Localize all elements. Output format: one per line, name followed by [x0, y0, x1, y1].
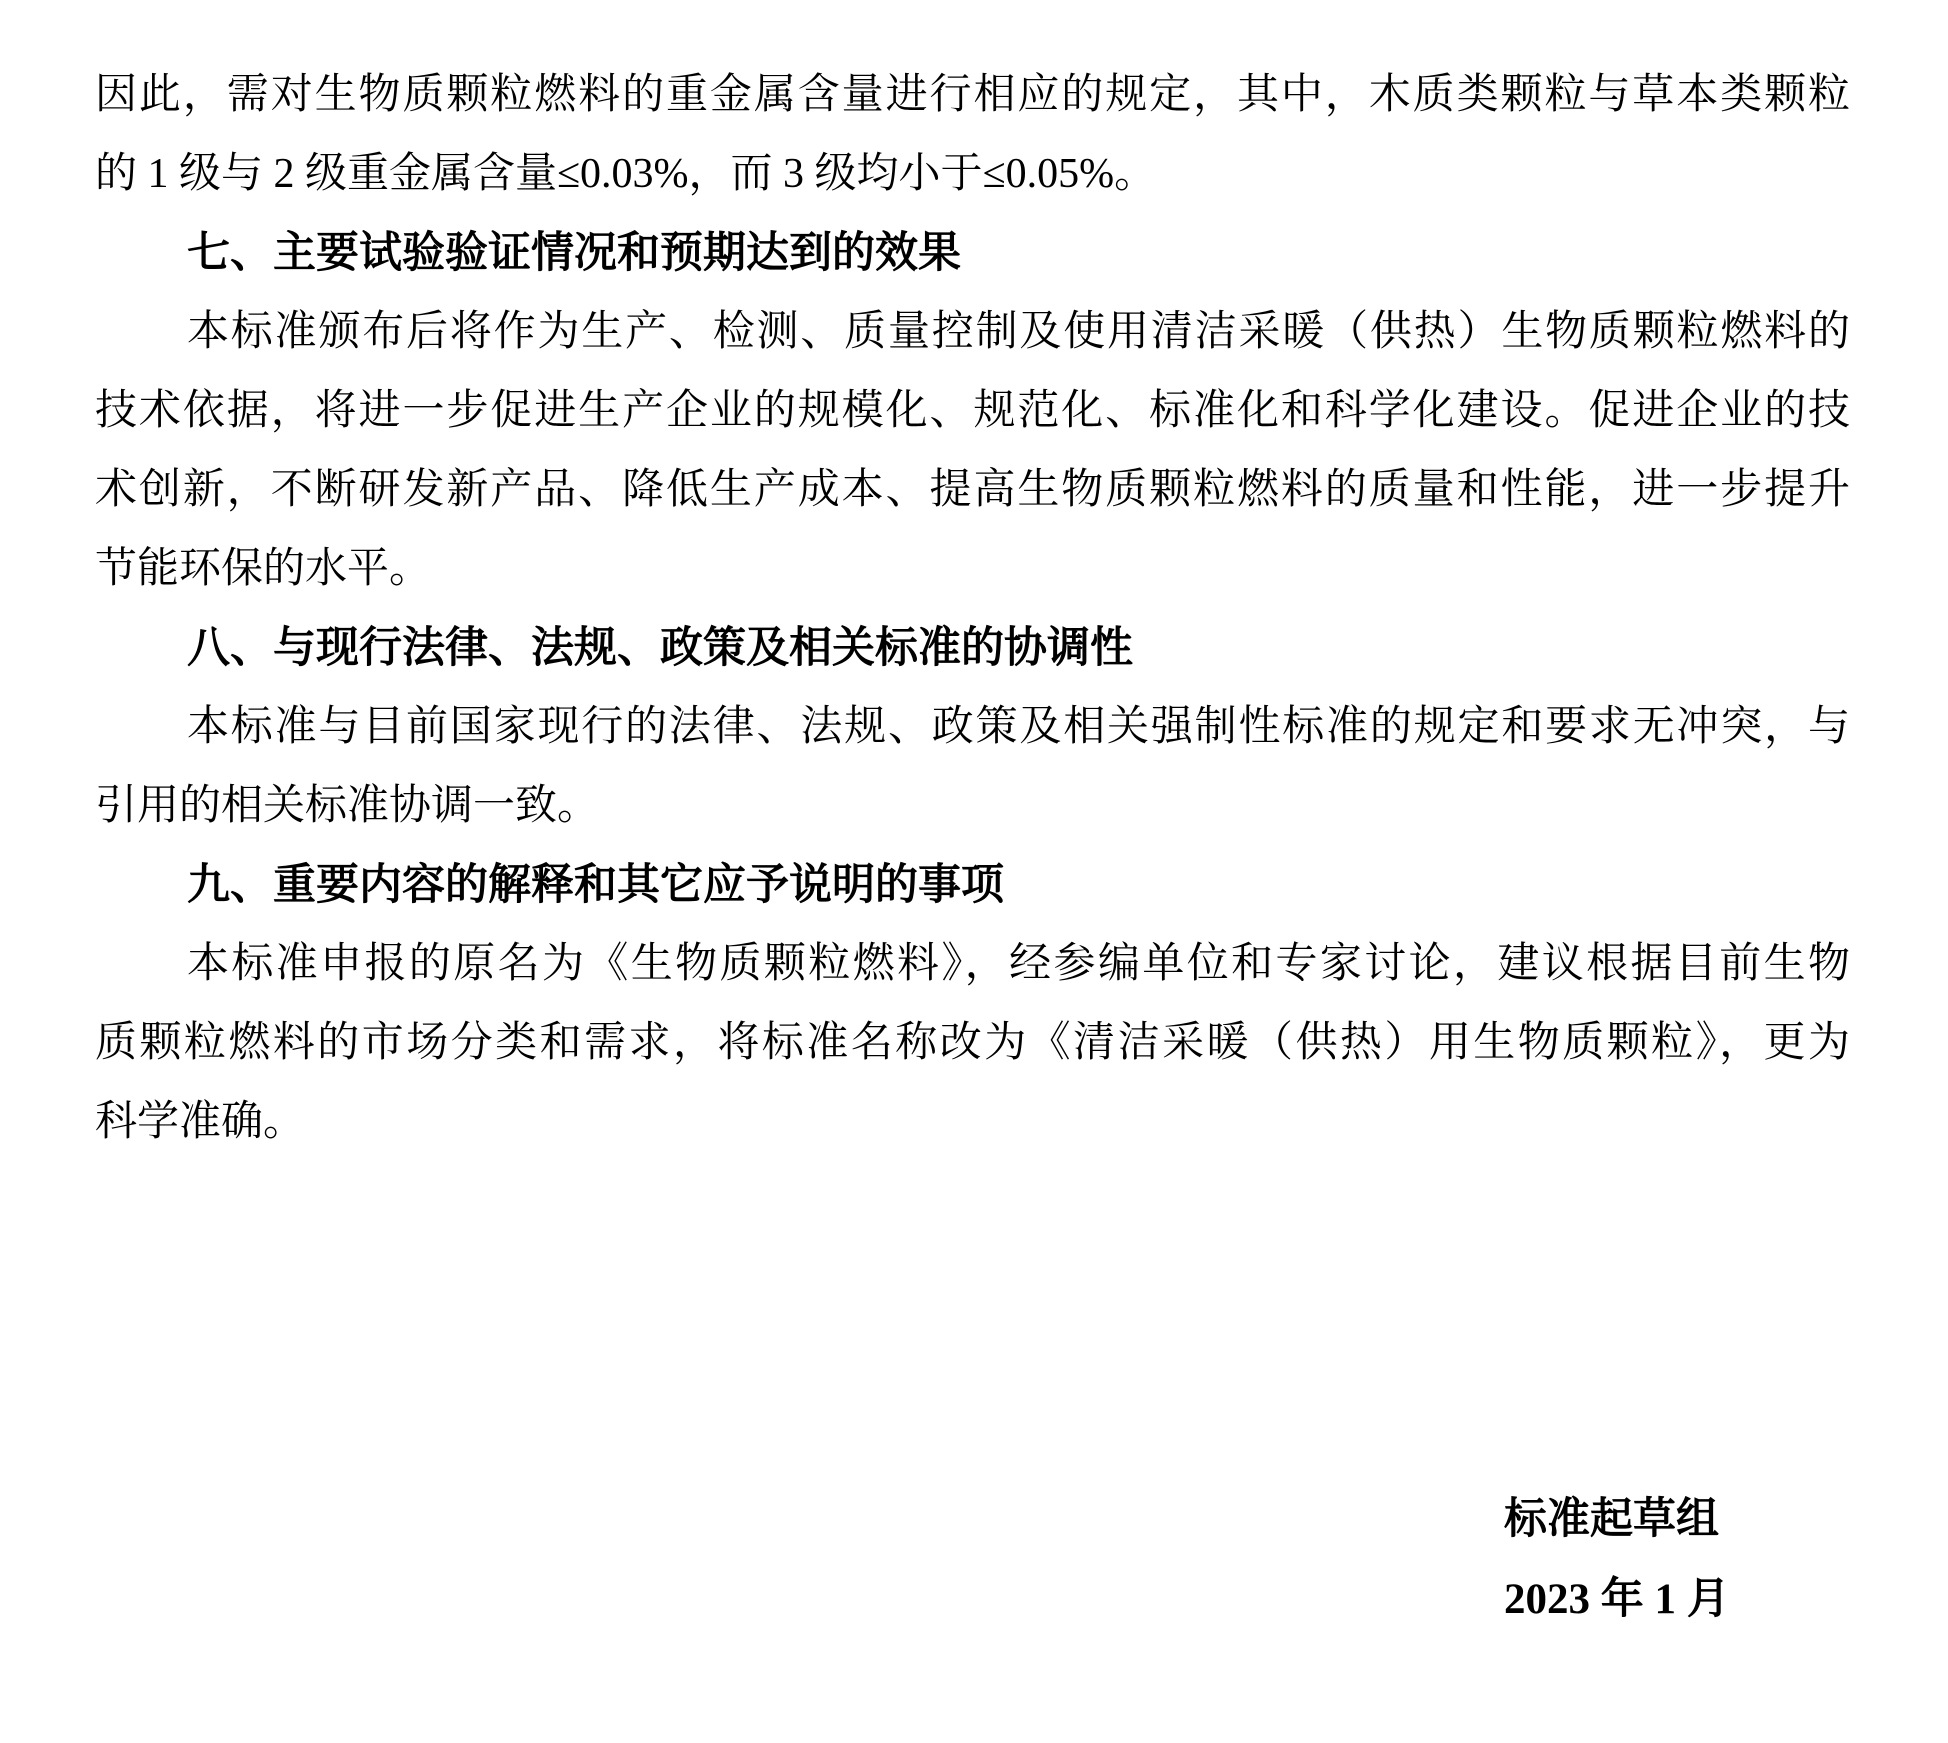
text-line: 引用的相关标准协调一致。 [95, 767, 1850, 846]
text-line: 本标准申报的原名为《生物质颗粒燃料》，经参编单位和专家讨论，建议根据目前生物 [95, 925, 1850, 1004]
text-line: 科学准确。 [95, 1083, 1850, 1162]
section-heading: 八、与现行法律、法规、政策及相关标准的协调性 [95, 609, 1850, 688]
signature-block: 标准起草组 2023 年 1 月 [1504, 1480, 1730, 1640]
section-heading: 九、重要内容的解释和其它应予说明的事项 [95, 846, 1850, 925]
text-line: 技术依据，将进一步促进生产企业的规模化、规范化、标准化和科学化建设。促进企业的技 [95, 372, 1850, 451]
text-line: 本标准颁布后将作为生产、检测、质量控制及使用清洁采暖（供热）生物质颗粒燃料的 [95, 293, 1850, 372]
text-line: 的 1 级与 2 级重金属含量≤0.03%，而 3 级均小于≤0.05%。 [95, 135, 1850, 214]
text-line: 本标准与目前国家现行的法律、法规、政策及相关强制性标准的规定和要求无冲突，与 [95, 688, 1850, 767]
text-line: 节能环保的水平。 [95, 530, 1850, 609]
section-heading: 七、主要试验验证情况和预期达到的效果 [95, 214, 1850, 293]
signature-author: 标准起草组 [1504, 1480, 1730, 1560]
signature-date: 2023 年 1 月 [1504, 1560, 1730, 1640]
text-line: 术创新，不断研发新产品、降低生产成本、提高生物质颗粒燃料的质量和性能，进一步提升 [95, 451, 1850, 530]
document-body: 因此，需对生物质颗粒燃料的重金属含量进行相应的规定，其中，木质类颗粒与草本类颗粒… [95, 56, 1850, 1162]
text-line: 因此，需对生物质颗粒燃料的重金属含量进行相应的规定，其中，木质类颗粒与草本类颗粒 [95, 56, 1850, 135]
text-line: 质颗粒燃料的市场分类和需求，将标准名称改为《清洁采暖（供热）用生物质颗粒》，更为 [95, 1004, 1850, 1083]
document-page: 因此，需对生物质颗粒燃料的重金属含量进行相应的规定，其中，木质类颗粒与草本类颗粒… [0, 0, 1948, 1743]
